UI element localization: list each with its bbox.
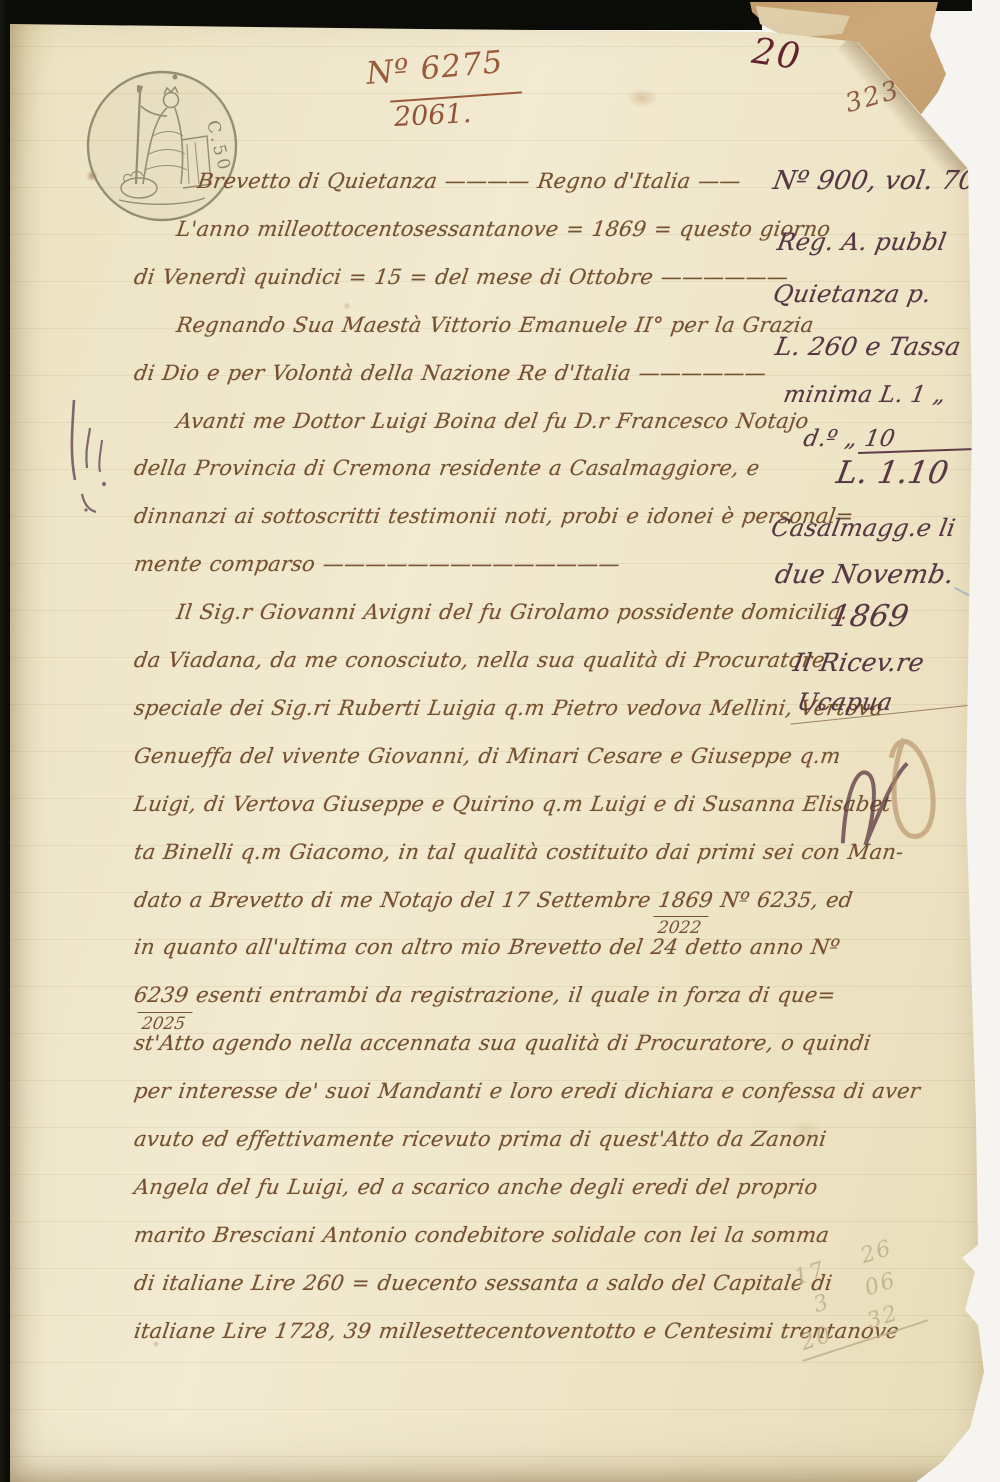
margin-line: L. 1.10	[834, 455, 952, 491]
subnumber-6235: 2022	[650, 916, 708, 938]
margin-line: Casalmagg.e li	[769, 514, 958, 542]
ink-marks	[44, 392, 128, 542]
margin-line: 1869	[828, 599, 912, 634]
scanned-document: C.50 Nº 6275 2061. 20 323 Brevetto di Qu…	[0, 0, 1000, 1482]
manuscript-line: marito Bresciani Antonio condebitore sol…	[132, 1222, 831, 1249]
subnumber-6239: 2025	[134, 1012, 192, 1034]
pencil-row: 20 32	[798, 1301, 903, 1356]
margin-line: Reg. A. pubbl	[775, 228, 949, 256]
manuscript-line: per interesse de' suoi Mandanti e loro e…	[132, 1078, 922, 1105]
margin-line: L. 260 e Tassa	[773, 332, 963, 361]
margin-line: d.º „ 10	[801, 426, 897, 452]
manuscript-line: Angela del fu Luigi, ed a scarico anche …	[132, 1174, 819, 1201]
manuscript-line: 6239 esenti entrambi da registrazione, i…	[132, 982, 837, 1009]
margin-line: Nº 900, vol. 70,	[771, 166, 987, 196]
manuscript-line: in quanto all'ultima con altro mio Breve…	[132, 934, 841, 961]
manuscript-line: italiane Lire 1728, 39 millesettecentove…	[132, 1318, 900, 1345]
margin-line: Quietanza p.	[771, 280, 934, 308]
manuscript-page: C.50 Nº 6275 2061. 20 323 Brevetto di Qu…	[0, 0, 1000, 1482]
manuscript-line: avuto ed effettivamente ricevuto prima d…	[132, 1126, 828, 1153]
manuscript-line: st'Atto agendo nella accennata sua quali…	[132, 1030, 872, 1057]
manuscript-line: di italiane Lire 260 = duecento sessanta…	[132, 1270, 834, 1297]
margin-line: minima L. 1 „	[781, 382, 947, 408]
margin-line: due Novemb.	[773, 560, 957, 590]
margin-line: Ucapua	[795, 688, 895, 716]
margin-line: Il Ricev.re	[791, 648, 927, 677]
monogram-paraph	[806, 706, 975, 875]
